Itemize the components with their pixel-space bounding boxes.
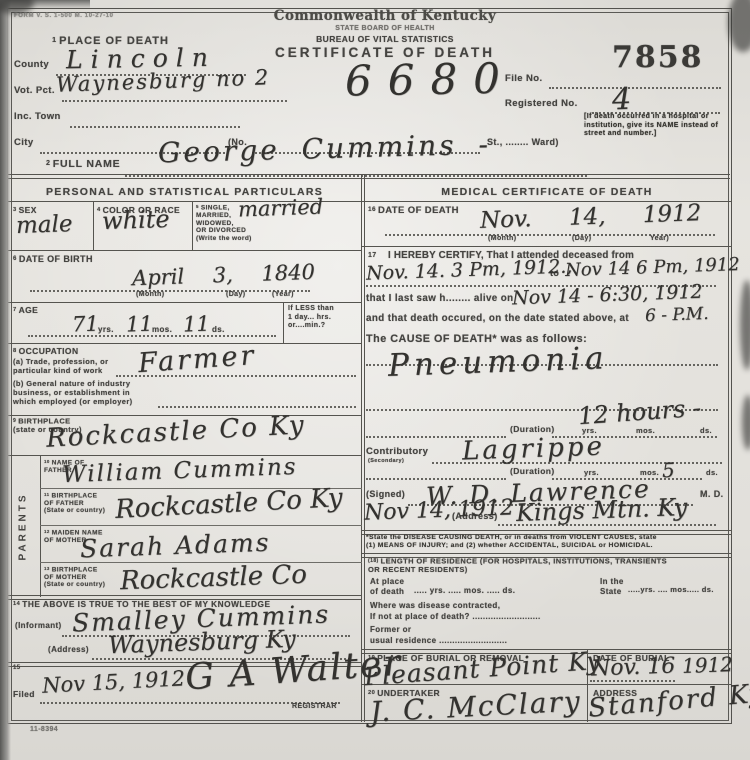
age-label: 7AGE bbox=[13, 305, 38, 315]
occupation-a-label: (a) Trade, profession, or particular kin… bbox=[13, 357, 108, 375]
rule bbox=[7, 302, 362, 303]
signed-label: (Signed) bbox=[366, 489, 405, 500]
age-ds-unit: ds. bbox=[212, 325, 225, 334]
race-value-handwriting: white bbox=[102, 205, 170, 235]
rule bbox=[7, 455, 362, 456]
dob-day-sublabel: (Day) bbox=[226, 291, 246, 299]
parents-vertical-label: PARENTS bbox=[7, 455, 40, 597]
dod-month-sublabel: (Month) bbox=[488, 235, 516, 243]
contributory-handwriting: Lagrippe bbox=[462, 432, 606, 467]
state-board-heading: STATE BOARD OF HEALTH bbox=[255, 25, 515, 33]
dotted-line bbox=[62, 98, 287, 102]
medical-section-title: MEDICAL CERTIFICATE OF DEATH bbox=[362, 186, 732, 198]
at-place-label: At place of death bbox=[370, 577, 404, 596]
rule bbox=[40, 525, 362, 526]
duration2-ds-unit: ds. bbox=[706, 469, 718, 478]
fullname-heading: 2FULL NAME bbox=[46, 158, 120, 170]
dotted-line bbox=[70, 124, 240, 128]
death-time-handwriting: 6 - P.M. bbox=[645, 304, 709, 326]
duration1-ds-unit: ds. bbox=[700, 427, 712, 436]
precinct-label: Vot. Pct. bbox=[14, 85, 55, 96]
cell-divider bbox=[93, 201, 94, 250]
age-days-handwriting: 11 bbox=[183, 312, 211, 337]
certificate-number-handwriting: 6680 bbox=[345, 54, 517, 106]
cause-footnote: *State the DISEASE CAUSING DEATH, or in … bbox=[366, 534, 657, 551]
registered-no-handwriting: 4 bbox=[611, 82, 631, 118]
scan-blotch bbox=[740, 280, 750, 370]
cause-of-death-handwriting: Pneumonia bbox=[387, 340, 609, 384]
father-birthplace-label: 11BIRTHPLACE OF FATHER (State or country… bbox=[44, 491, 105, 515]
cell-divider bbox=[283, 302, 284, 343]
age-years-handwriting: 71 bbox=[72, 312, 100, 337]
burial-date-handwriting: Nov. 16 bbox=[591, 654, 676, 682]
contributory-duration-handwriting: 5 bbox=[662, 458, 676, 482]
dob-label: 6DATE OF BIRTH bbox=[13, 254, 93, 265]
bureau-heading: BUREAU OF VITAL STATISTICS bbox=[255, 34, 515, 44]
county-label: County bbox=[14, 59, 49, 70]
date-of-death-label: 16DATE OF DEATH bbox=[368, 205, 459, 216]
filed-section-number: 15 bbox=[13, 665, 20, 672]
age-yrs-unit: yrs. bbox=[98, 325, 114, 334]
hospital-note: [If death occurred in a hospital or inst… bbox=[584, 113, 726, 139]
filed-label: Filed bbox=[13, 689, 35, 699]
city-label: City bbox=[14, 137, 34, 148]
age-less-note: If LESS than 1 day... hrs. or....min.? bbox=[288, 305, 360, 331]
duration2-label: (Duration) bbox=[510, 466, 555, 476]
dob-year-sublabel: (Year) bbox=[272, 291, 294, 299]
burial-year-handwriting: 1912 bbox=[682, 652, 734, 678]
in-state-label: In the State bbox=[600, 577, 624, 596]
dotted-line bbox=[549, 85, 721, 89]
commonwealth-heading: Commonwealth of Kentucky bbox=[255, 9, 515, 25]
file-number-stamp: 7858 bbox=[612, 40, 704, 75]
city-st-ward-label: St., ........ Ward) bbox=[487, 137, 559, 148]
section-number: 1 bbox=[52, 35, 57, 44]
informant-label: (Informant) bbox=[15, 621, 62, 630]
certify-section-number: 17 bbox=[368, 252, 377, 260]
secondary-label: (Secondary) bbox=[368, 458, 404, 464]
in-state-units: .....yrs. .... mos..... ds. bbox=[628, 586, 714, 595]
contracted-label-line2: If not at place of death? ..............… bbox=[370, 612, 541, 621]
cell-divider bbox=[192, 201, 193, 250]
dotted-line bbox=[158, 404, 356, 408]
residence-title: (18)LENGTH OF RESIDENCE (FOR HOSPITALS, … bbox=[368, 557, 667, 575]
dod-year-sublabel: Year) bbox=[650, 235, 669, 243]
dotted-line bbox=[125, 173, 587, 177]
occupation-label: 8OCCUPATION bbox=[13, 346, 79, 356]
mother-birthplace-label: 13BIRTHPLACE OF MOTHER (State or country… bbox=[44, 565, 105, 589]
contributory-label: Contributory bbox=[366, 446, 428, 457]
bottom-form-code: 11-8394 bbox=[30, 726, 58, 734]
former-residence-line1: Former or bbox=[370, 625, 411, 634]
registrar-label: REGISTRAR bbox=[292, 703, 337, 711]
age-mos-unit: mos. bbox=[152, 325, 172, 334]
md-label: M. D. bbox=[700, 489, 724, 500]
signed-date-handwriting: Nov 14, 1912 bbox=[364, 495, 515, 525]
certify-line2: that I last saw h........ alive on bbox=[366, 293, 514, 305]
form-print-code: FORM V. S. 1-500 M. 10-27-10 bbox=[14, 13, 114, 20]
informant-address-label: (Address) bbox=[48, 645, 89, 654]
certify-line3: and that death occured, on the date stat… bbox=[366, 313, 629, 325]
rule bbox=[362, 246, 732, 247]
physician-address-handwriting: Kings Mtn. Ky bbox=[516, 493, 688, 527]
rule bbox=[7, 250, 362, 251]
marital-value-handwriting: married bbox=[238, 195, 324, 222]
age-months-handwriting: 11 bbox=[126, 312, 154, 337]
death-certificate-scan: FORM V. S. 1-500 M. 10-27-10 1PLACE OF D… bbox=[0, 0, 750, 760]
contracted-label-line1: Where was disease contracted, bbox=[370, 601, 500, 610]
occupation-b-label: (b) General nature of industry business,… bbox=[13, 379, 133, 406]
at-place-units: ..... yrs. ..... mos. ..... ds. bbox=[414, 586, 515, 595]
dob-month-sublabel: (Month) bbox=[136, 291, 164, 299]
dod-day-sublabel: (Day) bbox=[572, 235, 592, 243]
cell-divider bbox=[40, 455, 41, 597]
scan-blotch bbox=[742, 395, 750, 450]
section-number: 2 bbox=[46, 159, 51, 167]
inc-town-label: Inc. Town bbox=[14, 111, 61, 122]
duration1-mos-unit: mos. bbox=[636, 427, 655, 436]
sex-value-handwriting: male bbox=[16, 211, 73, 239]
column-divider bbox=[361, 174, 365, 722]
